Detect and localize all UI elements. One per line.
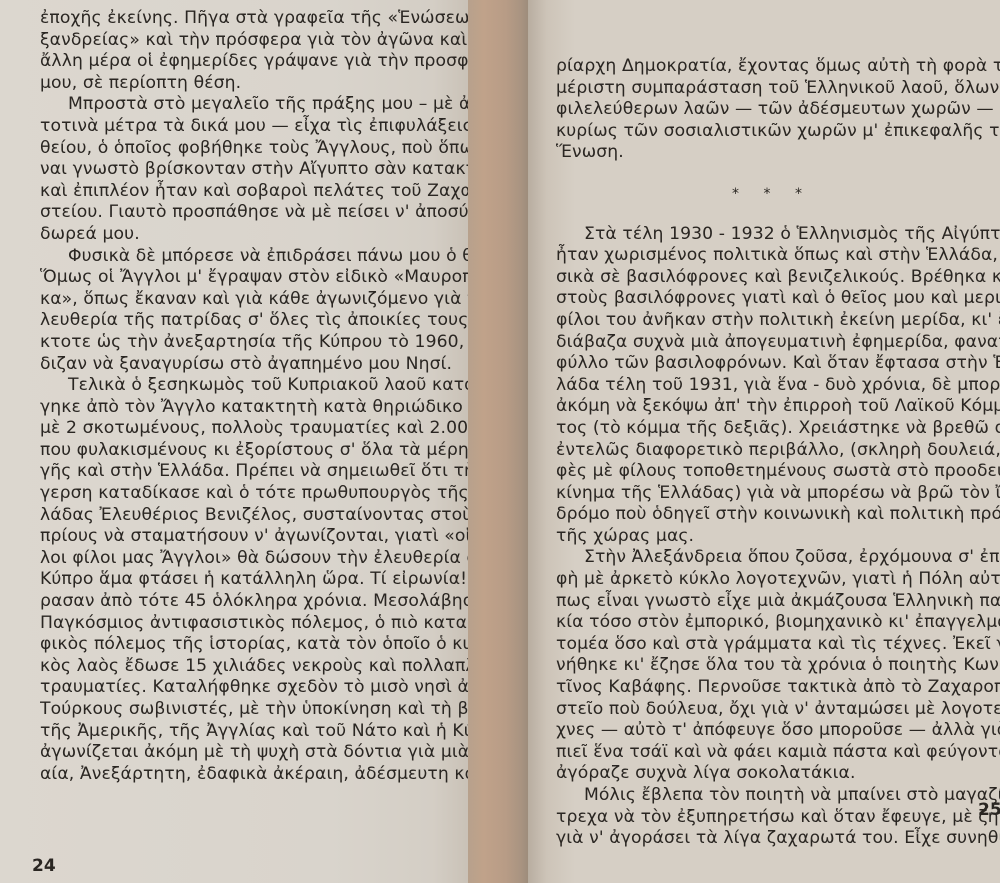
text-line: Μπροστὰ στὸ μεγαλεῖο τῆς πράξης μου – μὲ… xyxy=(40,94,510,116)
text-line: Μόλις ἔβλεπα τὸν ποιητὴ νὰ μπαίνει στὸ μ… xyxy=(556,785,988,807)
page-number-right: 25 xyxy=(978,800,1000,820)
text-line: ναι γνωστὸ βρίσκονταν στὴν Αἴγυπτο σὰν κ… xyxy=(40,159,510,181)
text-line: φὲς μὲ φίλους τοποθετημένους σωστὰ στὸ π… xyxy=(556,461,988,483)
text-line: πιεῖ ἕνα τσάϊ καὶ νὰ φάει καμιὰ πάστα κα… xyxy=(556,742,988,764)
text-line: διζαν νὰ ξαναγυρίσω στὸ ἀγαπημένο μου Νη… xyxy=(40,354,510,376)
text-line: που φυλακισμένους κι ἐξορίστους σ' ὅλα τ… xyxy=(40,440,510,462)
text-line: τῆς Ἀμερικῆς, τῆς Ἀγγλίας καὶ τοῦ Νάτο κ… xyxy=(40,721,510,743)
text-line: τρεχα νὰ τὸν ἐξυπηρετήσω καὶ ὅταν ἔφευγε… xyxy=(556,807,988,829)
text-line: κία τόσο στὸν ἐμπορικό, βιομηχανικὸ κι' … xyxy=(556,612,988,634)
text-line: ἀγωνίζεται ἀκόμη μὲ τὴ ψυχὴ στὰ δόντια γ… xyxy=(40,742,510,764)
text-line: σικὰ σὲ βασιλόφρονες καὶ βενιζελικούς. Β… xyxy=(556,267,988,289)
text-line: Παγκόσμιος ἀντιφασιστικὸς πόλεμος, ὁ πιὸ… xyxy=(40,613,510,635)
text-line: ἄλλη μέρα οἱ ἐφημερίδες γράψανε γιὰ τὴν … xyxy=(40,51,510,73)
text-line: τῖνος Καβάφης. Περνοῦσε τακτικὰ ἀπὸ τὸ Ζ… xyxy=(556,677,988,699)
text-line: Στὴν Ἀλεξάνδρεια ὅπου ζοῦσα, ἐρχόμουνα σ… xyxy=(556,547,988,569)
text-line: Στὰ τέλη 1930 - 1932 ὁ Ἑλληνισμὸς τῆς Αἰ… xyxy=(556,224,988,246)
book-spread: ἐποχῆς ἐκείνης. Πῆγα στὰ γραφεῖα τῆς «Ἑν… xyxy=(0,0,1000,883)
text-line: διάβαζα συχνὰ μιὰ ἀπογευματινὴ ἐφημερίδα… xyxy=(556,332,988,354)
text-line: τομέα ὅσο καὶ στὰ γράμματα καὶ τὶς τέχνε… xyxy=(556,634,988,656)
text-line: τοτινὰ μέτρα τὰ δικά μου — εἶχα τὶς ἐπιφ… xyxy=(40,116,510,138)
text-line: τραυματίες. Καταλήφθηκε σχεδὸν τὸ μισὸ ν… xyxy=(40,677,510,699)
text-line: Κύπρο ἅμα φτάσει ἡ κατάλληλη ὥρα. Τί εἰρ… xyxy=(40,569,510,591)
text-line: κὸς λαὸς ἔδωσε 15 χιλιάδες νεκροὺς καὶ π… xyxy=(40,656,510,678)
text-line: αία, Ἀνεξάρτητη, ἐδαφικὰ ἀκέραιη, ἀδέσμε… xyxy=(40,764,510,786)
text-line: γιὰ ν' ἀγοράσει τὰ λίγα ζαχαρωτά του. Εἶ… xyxy=(556,828,988,850)
text-line: φιλελεύθερων λαῶν — τῶν ἀδέσμευτων χωρῶν… xyxy=(556,99,988,121)
text-line: Τελικὰ ὁ ξεσηκωμὸς τοῦ Κυπριακοῦ λαοῦ κα… xyxy=(40,375,510,397)
text-line: θείου, ὁ ὁποῖος φοβήθηκε τοὺς Ἄγγλους, π… xyxy=(40,138,510,160)
paragraph-1930-1932: Στὰ τέλη 1930 - 1932 ὁ Ἑλληνισμὸς τῆς Αἰ… xyxy=(556,224,988,548)
text-line: ἐποχῆς ἐκείνης. Πῆγα στὰ γραφεῖα τῆς «Ἑν… xyxy=(40,8,510,30)
text-line: στοὺς βασιλόφρονες γιατὶ καὶ ὁ θεῖος μου… xyxy=(556,288,988,310)
text-line: Ἕνωση. xyxy=(556,142,988,164)
text-line: Τούρκους σωβινιστές, μὲ τὴν ὑποκίνηση κα… xyxy=(40,699,510,721)
text-line: φικὸς πόλεμος τῆς ἱστορίας, κατὰ τὸν ὁπο… xyxy=(40,634,510,656)
text-line: ἀκόμη νὰ ξεκόψω ἀπ' τὴν ἐπιρροὴ τοῦ Λαϊκ… xyxy=(556,396,988,418)
left-page-text: ἐποχῆς ἐκείνης. Πῆγα στὰ γραφεῖα τῆς «Ἑν… xyxy=(40,8,510,785)
text-line: ξανδρείας» καὶ τὴν πρόσφερα γιὰ τὸν ἀγῶν… xyxy=(40,30,510,52)
right-page: ρίαρχη Δημοκρατία, ἔχοντας ὅμως αὐτὴ τὴ … xyxy=(528,0,1000,883)
text-line: ἀγόραζε συχνὰ λίγα σοκολατάκια. xyxy=(556,763,988,785)
text-line: κα», ὅπως ἔκαναν καὶ γιὰ κάθε ἀγωνιζόμεν… xyxy=(40,289,510,311)
left-page: ἐποχῆς ἐκείνης. Πῆγα στὰ γραφεῖα τῆς «Ἑν… xyxy=(0,0,470,883)
text-line: Ὅμως οἱ Ἄγγλοι μ' ἔγραψαν στὸν εἰδικὸ «Μ… xyxy=(40,267,510,289)
text-line: Φυσικὰ δὲ μπόρεσε νὰ ἐπιδράσει πάνω μου … xyxy=(40,246,510,268)
paragraph-poet: Μόλις ἔβλεπα τὸν ποιητὴ νὰ μπαίνει στὸ μ… xyxy=(556,785,988,850)
section-separator: * * * xyxy=(556,184,988,206)
text-line: κίνημα τῆς Ἑλλάδας) γιὰ νὰ μπορέσω νὰ βρ… xyxy=(556,483,988,505)
page-number-left: 24 xyxy=(32,856,56,876)
text-line: κτοτε ὡς τὴν ἀνεξαρτησία τῆς Κύπρου τὸ 1… xyxy=(40,332,510,354)
text-line: στείου. Γιαυτὸ προσπάθησε νὰ μὲ πείσει ν… xyxy=(40,202,510,224)
text-line: λάδα τέλη τοῦ 1931, γιὰ ἕνα - δυὸ χρόνια… xyxy=(556,375,988,397)
text-line: πρίους νὰ σταματήσουν ν' ἀγωνίζονται, γι… xyxy=(40,526,510,548)
text-line: ρίαρχη Δημοκρατία, ἔχοντας ὅμως αὐτὴ τὴ … xyxy=(556,56,988,78)
text-line: ρασαν ἀπὸ τότε 45 ὁλόκληρα χρόνια. Μεσολ… xyxy=(40,591,510,613)
text-line: τῆς χώρας μας. xyxy=(556,526,988,548)
text-line: στεῖο ποὺ δούλευα, ὄχι γιὰ ν' ἀνταμώσει … xyxy=(556,699,988,721)
paragraph-alexandria: Στὴν Ἀλεξάνδρεια ὅπου ζοῦσα, ἐρχόμουνα σ… xyxy=(556,547,988,785)
text-line: μὲ 2 σκοτωμένους, πολλοὺς τραυματίες καὶ… xyxy=(40,418,510,440)
text-line: καὶ ἐπιπλέον ἦταν καὶ σοβαροὶ πελάτες το… xyxy=(40,181,510,203)
text-line: ἐντελῶς διαφορετικὸ περιβάλλο, (σκληρὴ δ… xyxy=(556,440,988,462)
continued-paragraph: ρίαρχη Δημοκρατία, ἔχοντας ὅμως αὐτὴ τὴ … xyxy=(556,56,988,164)
book-gutter xyxy=(468,0,530,883)
text-line: ἦταν χωρισμένος πολιτικὰ ὅπως καὶ στὴν Ἑ… xyxy=(556,245,988,267)
text-line: πως εἶναι γνωστὸ εἶχε μιὰ ἀκμάζουσα Ἑλλη… xyxy=(556,591,988,613)
text-line: γῆς καὶ στὴν Ἑλλάδα. Πρέπει νὰ σημειωθεῖ… xyxy=(40,461,510,483)
text-line: νήθηκε κι' ἔζησε ὅλα του τὰ χρόνια ὁ ποι… xyxy=(556,655,988,677)
text-line: μου, σὲ περίοπτη θέση. xyxy=(40,73,510,95)
text-line: γηκε ἀπὸ τὸν Ἄγγλο κατακτητὴ κατὰ θηριώδ… xyxy=(40,397,510,419)
text-line: γερση καταδίκασε καὶ ὁ τότε πρωθυπουργὸς… xyxy=(40,483,510,505)
right-page-text: ρίαρχη Δημοκρατία, ἔχοντας ὅμως αὐτὴ τὴ … xyxy=(556,56,988,850)
text-line: φύλλο τῶν βασιλοφρόνων. Καὶ ὅταν ἔφτασα … xyxy=(556,353,988,375)
text-line: φὴ μὲ ἀρκετὸ κύκλο λογοτεχνῶν, γιατὶ ἡ Π… xyxy=(556,569,988,591)
text-line: μέριστη συμπαράσταση τοῦ Ἑλληνικοῦ λαοῦ,… xyxy=(556,78,988,100)
text-line: φίλοι του ἀνῆκαν στὴν πολιτικὴ ἐκείνη με… xyxy=(556,310,988,332)
text-line: λάδας Ἐλευθέριος Βενιζέλος, συσταίνοντας… xyxy=(40,505,510,527)
text-line: χνες — αὐτὸ τ' ἀπόφευγε ὅσο μποροῦσε — ἀ… xyxy=(556,720,988,742)
text-line: λοι φίλοι μας Ἄγγλοι» θὰ δώσουν τὴν ἐλευ… xyxy=(40,548,510,570)
text-line: κυρίως τῶν σοσιαλιστικῶν χωρῶν μ' ἐπικεφ… xyxy=(556,121,988,143)
text-line: δρόμο ποὺ ὁδηγεῖ στὴν κοινωνικὴ καὶ πολι… xyxy=(556,504,988,526)
text-line: δωρεά μου. xyxy=(40,224,510,246)
text-line: τος (τὸ κόμμα τῆς δεξιᾶς). Χρειάστηκε νὰ… xyxy=(556,418,988,440)
text-line: λευθερία τῆς πατρίδας σ' ὅλες τὶς ἀποικί… xyxy=(40,310,510,332)
